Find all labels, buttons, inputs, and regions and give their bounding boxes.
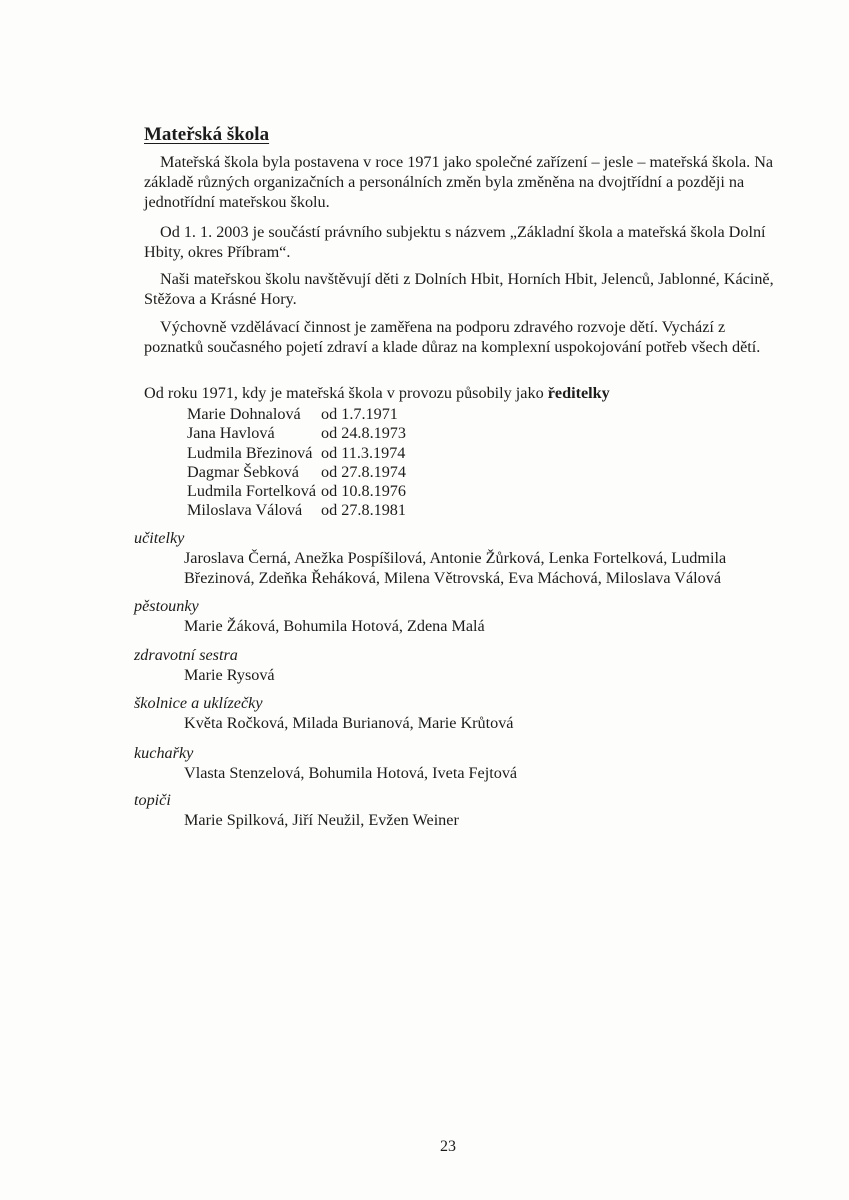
section-label: zdravotní sestra (134, 645, 794, 665)
paragraph-text: Od 1. 1. 2003 je součástí právního subje… (144, 223, 766, 261)
section-label: školnice a uklízečky (134, 693, 794, 713)
director-name: Miloslava Válová (187, 501, 321, 520)
section-label: učitelky (134, 528, 794, 548)
staff-section-cooks: kuchařky Vlasta Stenzelová, Bohumila Hot… (134, 743, 794, 783)
paragraph-text: Výchovně vzdělávací činnost je zaměřena … (144, 318, 760, 356)
page-number: 23 (440, 1138, 456, 1156)
directors-intro: Od roku 1971, kdy je mateřská škola v pr… (144, 384, 610, 403)
paragraph-text: Mateřská škola byla postavena v roce 197… (144, 153, 773, 211)
staff-section-caretakers: školnice a uklízečky Květa Ročková, Mila… (134, 693, 794, 733)
table-row: Ludmila Březinováod 11.3.1974 (187, 444, 406, 463)
director-since: od 27.8.1974 (321, 463, 406, 482)
director-name: Ludmila Březinová (187, 444, 321, 463)
director-since: od 27.8.1981 (321, 501, 406, 520)
section-label: pěstounky (134, 596, 794, 616)
section-label: kuchařky (134, 743, 794, 763)
paragraph-history: Mateřská škola byla postavena v roce 197… (144, 152, 784, 212)
paragraph-legal-entity: Od 1. 1. 2003 je součástí právního subje… (144, 222, 784, 262)
table-row: Ludmila Fortelkováod 10.8.1976 (187, 482, 406, 501)
director-since: od 11.3.1974 (321, 444, 406, 463)
directors-intro-emphasis: ředitelky (548, 384, 610, 402)
director-since: od 10.8.1976 (321, 482, 406, 501)
section-people: Květa Ročková, Milada Burianová, Marie K… (184, 713, 794, 733)
director-since: od 1.7.1971 (321, 405, 406, 424)
directors-table: Marie Dohnalováod 1.7.1971 Jana Havlováo… (187, 405, 406, 521)
page-title: Mateřská škola (144, 124, 269, 146)
paragraph-catchment: Naši mateřskou školu navštěvují děti z D… (144, 269, 784, 309)
director-name: Jana Havlová (187, 424, 321, 443)
section-people: Marie Žáková, Bohumila Hotová, Zdena Mal… (184, 616, 794, 636)
director-name: Ludmila Fortelková (187, 482, 321, 501)
section-people: Marie Rysová (184, 665, 794, 685)
paragraph-education: Výchovně vzdělávací činnost je zaměřena … (144, 317, 784, 357)
staff-section-nurse: zdravotní sestra Marie Rysová (134, 645, 794, 685)
document-page: Mateřská škola Mateřská škola byla posta… (0, 0, 849, 1200)
director-name: Dagmar Šebková (187, 463, 321, 482)
table-row: Marie Dohnalováod 1.7.1971 (187, 405, 406, 424)
section-people: Jaroslava Černá, Anežka Pospíšilová, Ant… (184, 548, 794, 588)
director-name: Marie Dohnalová (187, 405, 321, 424)
table-row: Dagmar Šebkováod 27.8.1974 (187, 463, 406, 482)
section-people: Marie Spilková, Jiří Neužil, Evžen Weine… (184, 810, 794, 830)
staff-section-teachers: učitelky Jaroslava Černá, Anežka Pospíši… (134, 528, 794, 588)
section-people: Vlasta Stenzelová, Bohumila Hotová, Ivet… (184, 763, 794, 783)
paragraph-text: Naši mateřskou školu navštěvují děti z D… (144, 270, 774, 308)
staff-section-stokers: topiči Marie Spilková, Jiří Neužil, Evže… (134, 790, 794, 830)
section-label: topiči (134, 790, 794, 810)
director-since: od 24.8.1973 (321, 424, 406, 443)
directors-intro-text: Od roku 1971, kdy je mateřská škola v pr… (144, 384, 548, 402)
table-row: Jana Havlováod 24.8.1973 (187, 424, 406, 443)
table-row: Miloslava Válováod 27.8.1981 (187, 501, 406, 520)
staff-section-nannies: pěstounky Marie Žáková, Bohumila Hotová,… (134, 596, 794, 636)
